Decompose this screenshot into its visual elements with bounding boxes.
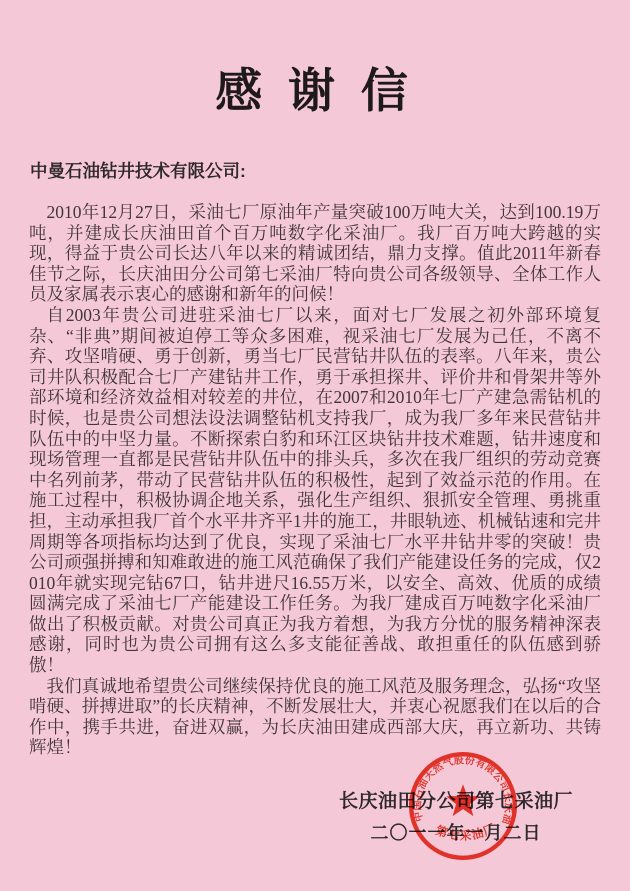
letter-title: 感 谢 信 [0,54,630,121]
signature-date: 二〇一一年一月二日 [339,819,573,845]
body-paragraph-1: 2010年12月27日，采油七厂原油年产量突破100万吨大关，达到100.19万… [29,202,601,305]
letter-page: 感 谢 信 中曼石油钻井技术有限公司: 2010年12月27日，采油七厂原油年产… [0,0,630,891]
body-paragraph-3: 我们真诚地希望贵公司继续保持优良的施工风范及服务理念，弘扬“攻坚啃硬、拼搏进取”… [29,676,601,758]
signature-block: 长庆油田分公司第七采油厂 二〇一一年一月二日 [339,786,573,845]
body-paragraph-2: 自2003年贵公司进驻采油七厂以来，面对七厂发展之初外部环境复杂、“非典”期间被… [29,305,601,676]
letter-body: 2010年12月27日，采油七厂原油年产量突破100万吨大关，达到100.19万… [29,202,601,758]
signature-organization: 长庆油田分公司第七采油厂 [339,786,573,813]
recipient-salutation: 中曼石油钻井技术有限公司: [30,158,246,183]
